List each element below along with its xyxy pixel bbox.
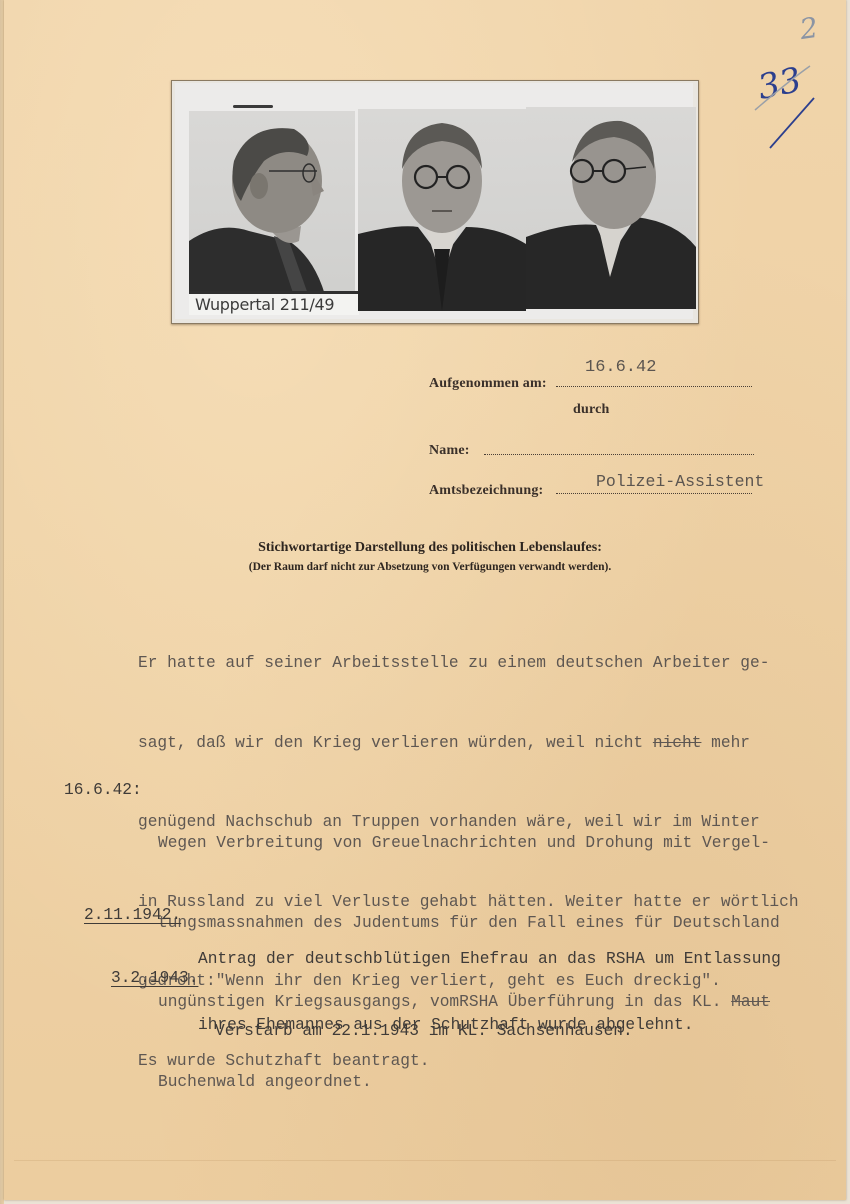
title-dotted-line <box>556 493 752 494</box>
clip-mark <box>233 105 273 108</box>
photo-three-quarter-view <box>526 107 696 309</box>
received-label: Aufgenommen am: <box>429 376 547 392</box>
title-label: Amtsbezeichnung: <box>429 483 543 499</box>
entry-date: 2.11.1942. <box>84 904 181 926</box>
photo-frontal-view <box>358 109 526 311</box>
name-label: Name: <box>429 443 470 459</box>
narrative-line: Er hatte auf seiner Arbeitsstelle zu ein… <box>138 650 799 677</box>
entry-text: Verstarb am 22.1.1943 im KL. Sachsenhaus… <box>215 965 633 1071</box>
mugshot-photo-strip: Wuppertal 211/49 <box>171 80 699 324</box>
photo-caption: Wuppertal 211/49 <box>189 291 359 315</box>
photo-profile-view <box>189 111 355 311</box>
photo-card: Wuppertal 211/49 <box>175 83 693 319</box>
entry-line: Verstarb am 22.1.1943 im KL. Sachsenhaus… <box>215 1018 633 1045</box>
section-subheading: (Der Raum darf nicht zur Absetzung von V… <box>0 561 850 573</box>
entry-line: Buchenwald angeordnet. <box>158 1069 780 1096</box>
received-date-value: 16.6.42 <box>585 358 656 377</box>
entry-date: 16.6.42: <box>64 777 142 804</box>
name-dotted-line <box>484 454 754 455</box>
entry-line: Wegen Verbreitung von Greuelnachrichten … <box>158 830 780 857</box>
by-label: durch <box>573 402 610 418</box>
paper-fold <box>14 1160 836 1161</box>
title-value: Polizei-Assistent <box>596 472 764 491</box>
struck-word: nicht <box>653 734 702 752</box>
received-dotted-line <box>556 386 752 387</box>
entry-date: 3.2.1943. <box>111 965 198 992</box>
section-heading: Stichwortartige Darstellung des politisc… <box>0 540 850 556</box>
narrative-line: sagt, daß wir den Krieg verlieren würden… <box>138 730 799 757</box>
pencil-stroke-icon <box>750 60 820 150</box>
